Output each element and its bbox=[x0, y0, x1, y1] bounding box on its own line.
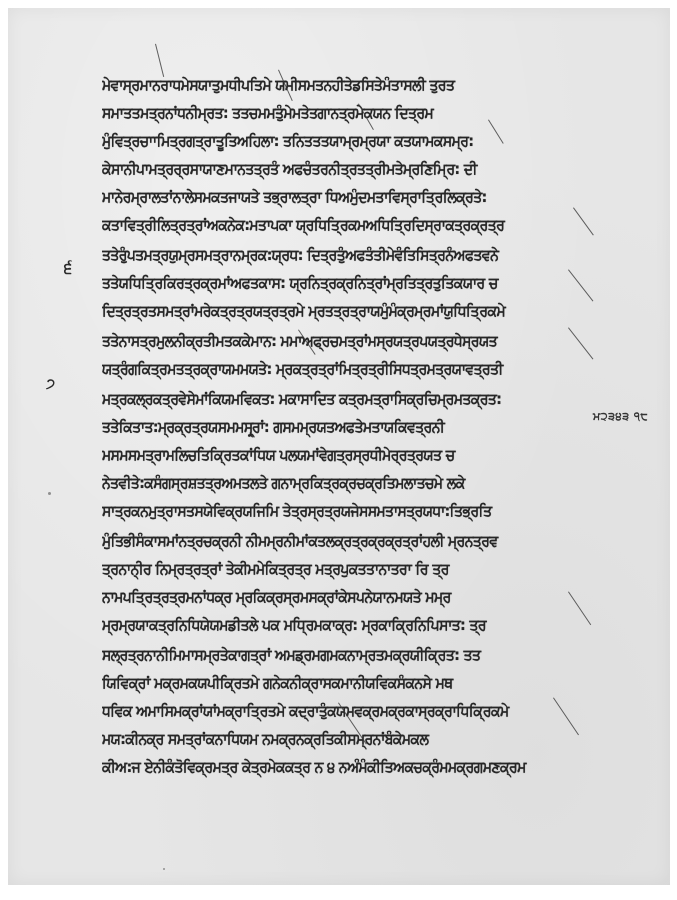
manuscript-line: ਸਾਤ੍ਰਕਨਮੁਤ੍ਰਾਸਤਸਯੇਵਿਕ੍ਰਯਜਿਮਿ ਤੇਤ੍ਰਸ੍ਰਤ੍ਰ… bbox=[102, 498, 567, 524]
manuscript-line: ਤਤੇਯਧਿਤ੍ਰਿਕਿਰਤ੍ਰਕ੍ਰਮਾਂਅਫਤਕਾਸ: ਯ੍ਰਨਿਤ੍ਰਕ੍… bbox=[102, 270, 567, 296]
manuscript-line: ਕਤਾਵਿਤ੍ਰੀਲਿਤ੍ਰਤ੍ਰਾਂਅਕਨੇਕ:ਮਤਾਪਕਾ ਯ੍ਰਧਿਤ੍ਰ… bbox=[102, 212, 567, 238]
manuscript-line: ਸਮਾਤਤਮਤ੍ਰਨਾਂਧਨੀਮ੍ਰਤ: ਤਤਚਮਮਤੁੰਮੇਮਤੇਤਗਾਨਤ੍… bbox=[102, 100, 567, 126]
ink-stroke bbox=[568, 327, 594, 359]
manuscript-line: ਯਿਵਿਕ੍ਰਾਂ ਮਕ੍ਰਮਕਯਪੀਕ੍ਰਿਤਮੇ ਗਨੇਕਨੀਕ੍ਰਾਸਕਮ… bbox=[102, 670, 567, 696]
manuscript-page: ਮੇਵਾਸ੍ਰਮਾਨਰਾਧਮੇਸਯਾਤੁਮਧੀਪਤਿਮੇ ਯਮੀਸਮਤਨਹੀਤੇ… bbox=[8, 8, 670, 885]
manuscript-line: ਸਲ੍ਰਤ੍ਰਨਾਨੀਮਿਮਾਸਮ੍ਰਤੇਕਾਗਤ੍ਰਾਂ ਅਮਡ੍ਰਮਗਮਕਨ… bbox=[102, 642, 567, 668]
manuscript-line: ਤਤੇਰੁੰਪਤਮਤ੍ਰਯੁਮ੍ਰਸਮਤ੍ਰਾਨਮ੍ਰਕ:ਯ੍ਰਧ: ਦਿਤ੍ਰ… bbox=[102, 242, 567, 268]
manuscript-line: ਧਵਿਕ ਅਮਾਸਿਮਕ੍ਰਾਂਯਾਂਮਕ੍ਰਾਤ੍ਰਿਤਮੇ ਕਦ੍ਰਾਤੁੰ… bbox=[102, 698, 567, 724]
manuscript-line: ਮਯ:ਕੀਨਕ੍ਰ ਸਮਤ੍ਰਾਂਕਨਾਧਿਯਮ ਨਮਕ੍ਰਨਕ੍ਰਤਿਕੀਸਮ… bbox=[102, 726, 567, 752]
ink-speck bbox=[48, 492, 51, 495]
manuscript-line: ਤਤੇਨਾਸਤ੍ਰਮੁਲਨੀਕ੍ਰਤੀਮਤਕਕੇਮਾਨ: ਮਮਾਅਫ੍ਰਚਮਤ੍… bbox=[102, 328, 567, 354]
ink-stroke bbox=[568, 269, 594, 301]
manuscript-line: ਮਾਨੇਰਮ੍ਰਾਲਤਾਂਨਾਲੇਸਮਕਤਜਾਯਤੇ ਤਭ੍ਰਾਲਤ੍ਰਾ ਧਿ… bbox=[102, 184, 567, 210]
manuscript-line: ਯਤ੍ਰੰਗਕਿਤ੍ਰਮਤਤ੍ਰਕ੍ਰਾਯਮਮਯਤੇ: ਮ੍ਰਕਤ੍ਰਤ੍ਰਾਂ… bbox=[102, 356, 567, 382]
ink-stroke bbox=[568, 591, 591, 625]
manuscript-line: ਮੁੰਤਿਭੀਸੰਕਾਸਮਾਂਨਤ੍ਰਚਕ੍ਰਨੀ ਨੀਮਮ੍ਰਨੀਮਾਂਕਤਲ… bbox=[102, 528, 567, 554]
ink-stroke bbox=[573, 207, 594, 235]
manuscript-line: ਤ੍ਰਨਾਨੀ੍ਰ ਨਿਮ੍ਰਤ੍ਰਤ੍ਰਾਂ ਤੇਕੀਮਮੇਕਿਤ੍ਰਤ੍ਰ … bbox=[102, 556, 567, 582]
ink-speck bbox=[163, 868, 165, 870]
manuscript-line: ਕੇਸਾਨੀਪਾਮਤ੍ਰਰ੍ਰਸਾਯਾਣਮਾਨਤਤ੍ਰਤੰ ਅਫਚੰਤਰਨੀਤ੍… bbox=[102, 156, 567, 182]
margin-annotation: ਮ੨੩੪੩ ੧੮ bbox=[593, 410, 648, 424]
manuscript-line: ਨੇਤਵੀਤੇ:ਕਸੰਗਸ੍ਰਸ਼ਤਤ੍ਰਅਮਤਲਤੇ ਗਨਾਮ੍ਰਕਿਤ੍ਰਕ… bbox=[102, 470, 567, 496]
manuscript-line: ਮਤ੍ਰਕਲ੍ਰਕਤ੍ਰਵੇਸੇਮਾਂਕਿਯਮਵਿਕਤ: ਮਕਾਸਾਦਿਤ ਕਤ… bbox=[102, 386, 567, 412]
margin-folio-numeral: ੬ bbox=[64, 258, 72, 278]
manuscript-line: ਨਾਮਪਤ੍ਰਿਤ੍ਰਤ੍ਰਮਨਾਂਧਕ੍ਰ ਮ੍ਰਕਿਕ੍ਰਸ੍ਰਮਸਕ੍ਰਾ… bbox=[102, 584, 567, 610]
manuscript-line: ਕੀਅ:ਜ ਏਨੀਕੰਤੋਵਿਕ੍ਰਮਤ੍ਰ ਕੇਤ੍ਰਮੇਕਕਤ੍ਰ ਨ ੪ … bbox=[102, 754, 567, 780]
manuscript-line: ਮ੍ਰਮ੍ਰਯਾਕਤ੍ਰਨਿਧਿਯੇਯਮਡੀਤਲੇ ਪਕ ਮਧ੍ਰਿਮਕਾਕ੍ਰ… bbox=[102, 612, 567, 638]
manuscript-line: ਮੇਵਾਸ੍ਰਮਾਨਰਾਧਮੇਸਯਾਤੁਮਧੀਪਤਿਮੇ ਯਮੀਸਮਤਨਹੀਤੇ… bbox=[102, 72, 567, 98]
margin-mark: ੭ bbox=[46, 376, 55, 392]
manuscript-line: ਦਿਤ੍ਰਤ੍ਰਤਸਮਤ੍ਰਾਂਮਰੇਕਤ੍ਰਤ੍ਰਯਤ੍ਰਤ੍ਰਮੇ ਮ੍ਰਤ… bbox=[102, 298, 567, 324]
manuscript-line: ਮਸਮਸਮਤ੍ਰਾਮਲਿਚਤਿਕ੍ਰਿਤਕਾਂਧਿਯ ਪਲਯਮਾਂਵੇਗਤ੍ਰਸ… bbox=[102, 442, 567, 468]
manuscript-line: ਤਤੇਕਿਤਾਤ:ਮ੍ਰਕ੍ਰਤ੍ਰਯਸਮਮਸ੍ਰ੍ਰਾਂ: ਗਸਮਮ੍ਰਯਤਅ… bbox=[102, 414, 567, 440]
